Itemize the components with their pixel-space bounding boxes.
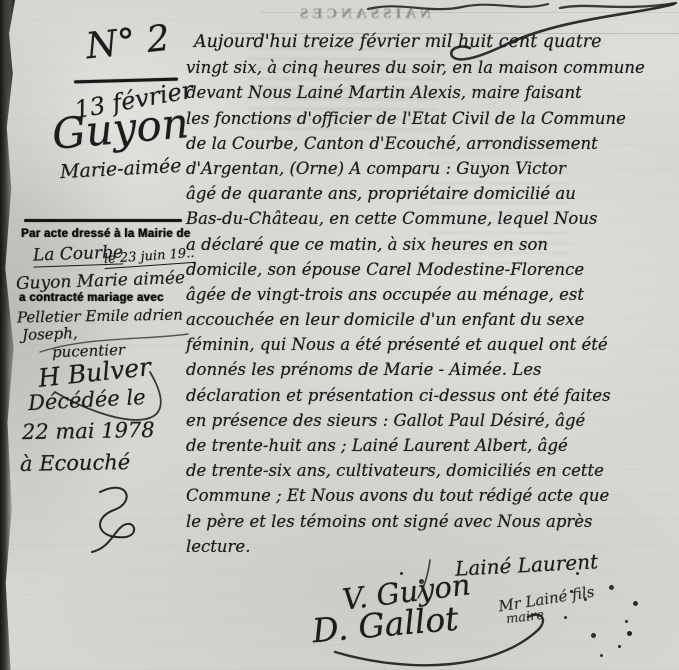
marriage-stamp-line1: Par acte dressé à la Mairie de — [21, 228, 190, 241]
marriage-groom-name-line1: Pelletier Emile adrien — [17, 306, 183, 327]
act-text-line: devant Nous Lainé Martin Alexis, maire f… — [186, 80, 679, 105]
act-text-line: vingt six, à cinq heures du soir, en la … — [186, 55, 679, 80]
act-text-line: âgé de quarante ans, propriétaire domici… — [186, 181, 679, 206]
act-text-line: domicile, son épouse Carel Modestine-Flo… — [186, 257, 679, 282]
death-note-line2: 22 mai 1978 — [22, 418, 155, 444]
death-note-line3: à Ecouché — [20, 450, 131, 476]
act-text-line: donnés les prénoms de Marie - Aimée. Les — [186, 357, 679, 382]
act-body-text: Aujourd'hui treize février mil huit cent… — [186, 30, 679, 559]
act-text-line: d'Argentan, (Orne) A comparu : Guyon Vic… — [186, 156, 679, 181]
act-text-line: déclaration et présentation ci-dessus on… — [186, 383, 679, 408]
faint-rule — [260, 12, 679, 13]
bleedthrough-naissances-header: NAISSANCES — [296, 6, 431, 23]
marriage-groom-name-line2: Joseph, — [22, 324, 78, 344]
child-given-names: Marie-aimée — [60, 155, 183, 183]
act-text-line: a déclaré que ce matin, à six heures en … — [186, 232, 679, 257]
act-text-line: Bas-du-Château, en cette Commune, lequel… — [186, 206, 679, 231]
act-text-line: féminin, qui Nous a été présenté et auqu… — [186, 332, 679, 357]
marriage-stamp-line2: a contracté mariage avec — [19, 292, 164, 305]
child-surname: Guyon — [50, 98, 190, 159]
signature-witness-d-gallot: D. Gallot — [311, 599, 460, 651]
act-text-line: lecture. — [186, 534, 679, 559]
marriage-bride-name: Guyon Marie aimée — [16, 268, 186, 294]
act-number: N° 2 — [84, 18, 172, 68]
death-note-line1: Décédée le — [27, 385, 146, 415]
signature-mayor-title: maire — [505, 608, 545, 628]
ink-specks — [570, 590, 573, 593]
book-binding-edge — [0, 0, 15, 670]
act-text-line: Commune ; Et Nous avons du tout rédigé a… — [186, 483, 679, 508]
act-text-line: Aujourd'hui treize février mil huit cent… — [186, 30, 679, 55]
act-text-line: de trente-huit ans ; Lainé Laurent Alber… — [186, 433, 679, 458]
act-text-line: âgée de vingt-trois ans occupée au ménag… — [186, 282, 679, 307]
act-text-line: de trente-six ans, cultivateurs, domicil… — [186, 458, 679, 483]
act-text-line: le père et les témoins ont signé avec No… — [186, 509, 679, 534]
register-page-scan: NAISSANCES N° 2 13 février Guyon Marie-a… — [0, 0, 679, 670]
act-text-line: de la Courbe, Canton d'Ecouché, arrondis… — [186, 131, 679, 156]
act-text-line: accouchée en leur domicile d'un enfant d… — [186, 307, 679, 332]
act-text-line: les fonctions d'officier de l'Etat Civil… — [186, 106, 679, 131]
act-text-line: en présence des sieurs : Gallot Paul Dés… — [186, 408, 679, 433]
margin-divider — [24, 219, 182, 222]
